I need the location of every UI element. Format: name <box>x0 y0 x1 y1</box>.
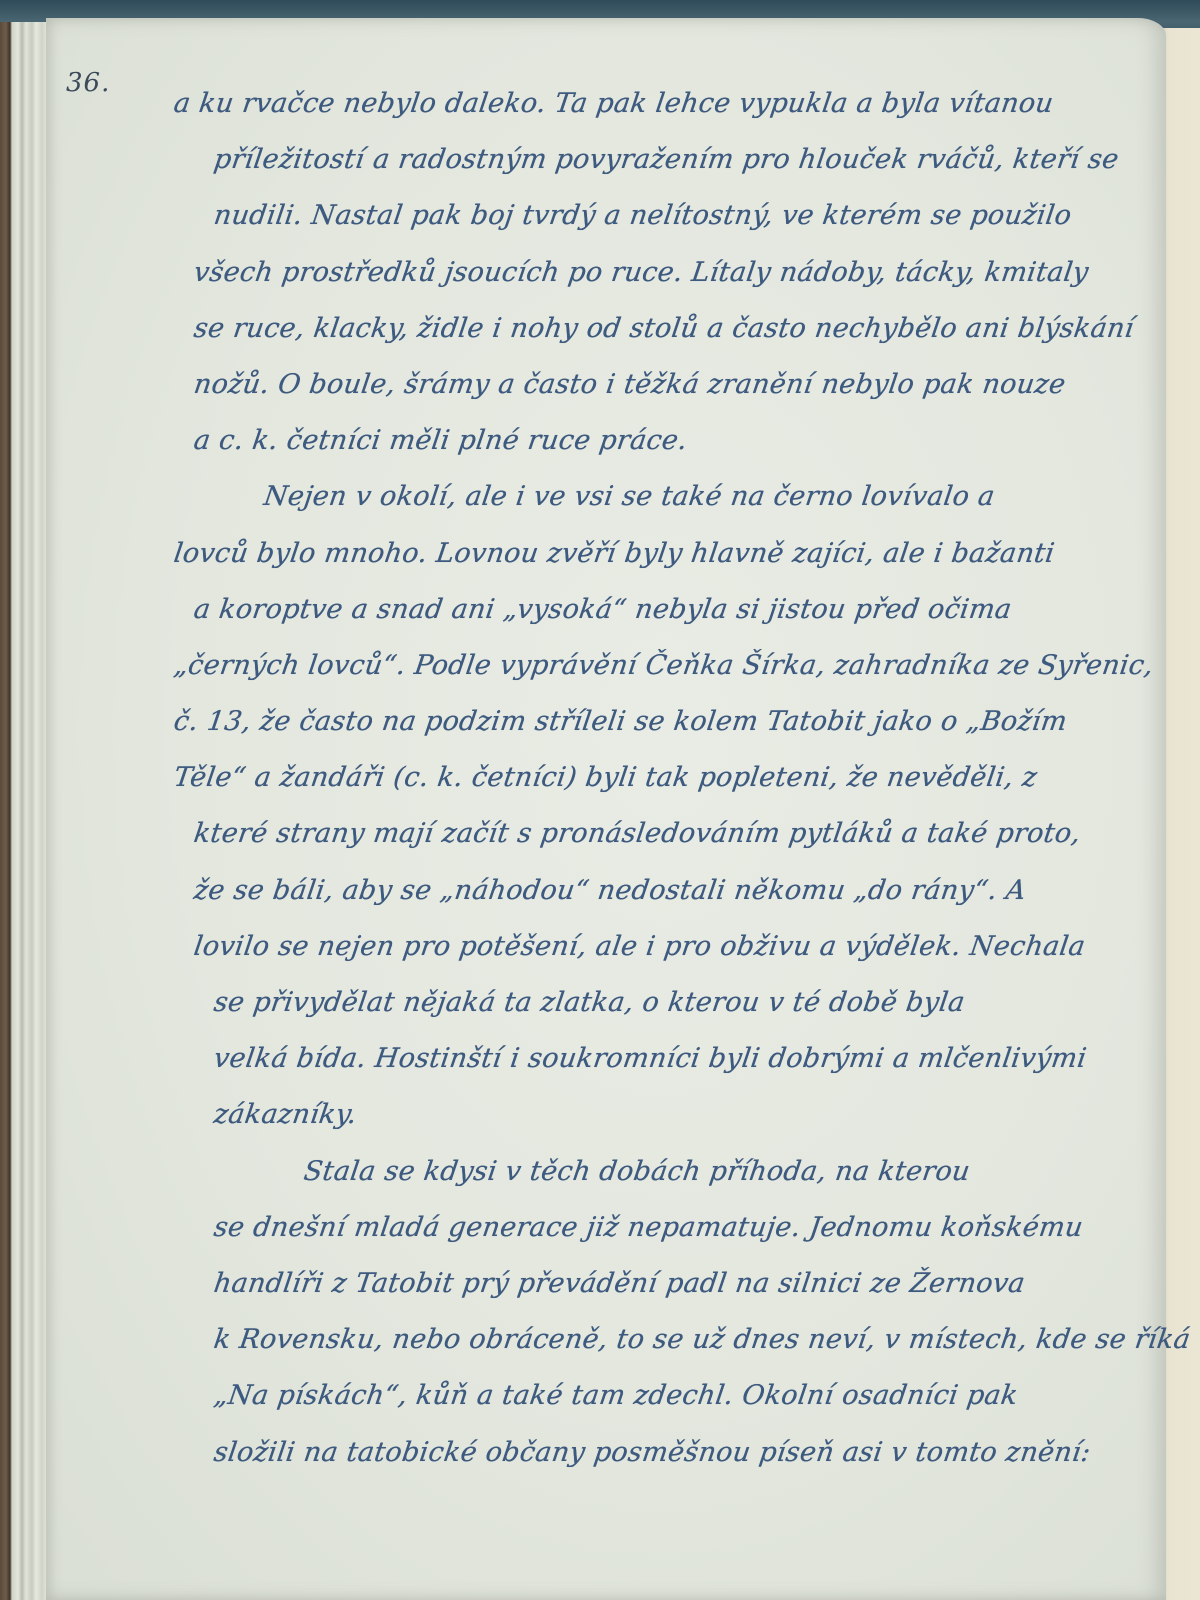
text-line: které strany mají začít s pronásledování… <box>170 806 1118 862</box>
paragraph-start-line: Nejen v okolí, ale i ve vsi se také na č… <box>170 469 1118 525</box>
handwritten-text-body: a ku rvačce nebylo daleko. Ta pak lehce … <box>174 76 1114 1481</box>
manuscript-page: 36. a ku rvačce nebylo daleko. Ta pak le… <box>46 18 1166 1600</box>
page-number: 36. <box>66 68 110 98</box>
text-line: zákazníky. <box>170 1087 1118 1143</box>
text-line: všech prostředků jsoucích po ruce. Lítal… <box>170 245 1118 301</box>
text-line: nudili. Nastal pak boj tvrdý a nelítostn… <box>170 188 1118 244</box>
text-line: lovilo se nejen pro potěšení, ale i pro … <box>170 919 1118 975</box>
manuscript-photo: 36. a ku rvačce nebylo daleko. Ta pak le… <box>0 0 1200 1600</box>
adjacent-page-edge <box>1160 28 1200 1600</box>
text-line: a c. k. četníci měli plné ruce práce. <box>170 413 1118 469</box>
text-line: a koroptve a snad ani „vysoká“ nebyla si… <box>170 582 1118 638</box>
text-line: složili na tatobické občany posměšnou pí… <box>170 1425 1118 1481</box>
text-line: č. 13, že často na podzim stříleli se ko… <box>170 694 1118 750</box>
paragraph-start-line: Stala se kdysi v těch dobách příhoda, na… <box>170 1144 1118 1200</box>
text-line: se přivydělat nějaká ta zlatka, o kterou… <box>170 975 1118 1031</box>
text-line: nožů. O boule, šrámy a často i těžká zra… <box>170 357 1118 413</box>
text-line: k Rovensku, nebo obráceně, to se už dnes… <box>170 1312 1118 1368</box>
book-binding-edge <box>0 22 46 1600</box>
text-line: příležitostí a radostným povyražením pro… <box>170 132 1118 188</box>
text-line: velká bída. Hostinští i soukromníci byli… <box>170 1031 1118 1087</box>
text-line: se ruce, klacky, židle i nohy od stolů a… <box>170 301 1118 357</box>
text-line: lovců bylo mnoho. Lovnou zvěří byly hlav… <box>170 526 1118 582</box>
text-line: „Na pískách“, kůň a také tam zdechl. Oko… <box>170 1368 1118 1424</box>
text-line: handlíři z Tatobit prý převádění padl na… <box>170 1256 1118 1312</box>
text-line: že se báli, aby se „náhodou“ nedostali n… <box>170 863 1118 919</box>
text-line: se dnešní mladá generace již nepamatuje.… <box>170 1200 1118 1256</box>
text-line: a ku rvačce nebylo daleko. Ta pak lehce … <box>170 76 1118 132</box>
text-line: Těle“ a žandáři (c. k. četníci) byli tak… <box>170 750 1118 806</box>
text-line: „černých lovců“. Podle vyprávění Čeňka Š… <box>170 638 1118 694</box>
